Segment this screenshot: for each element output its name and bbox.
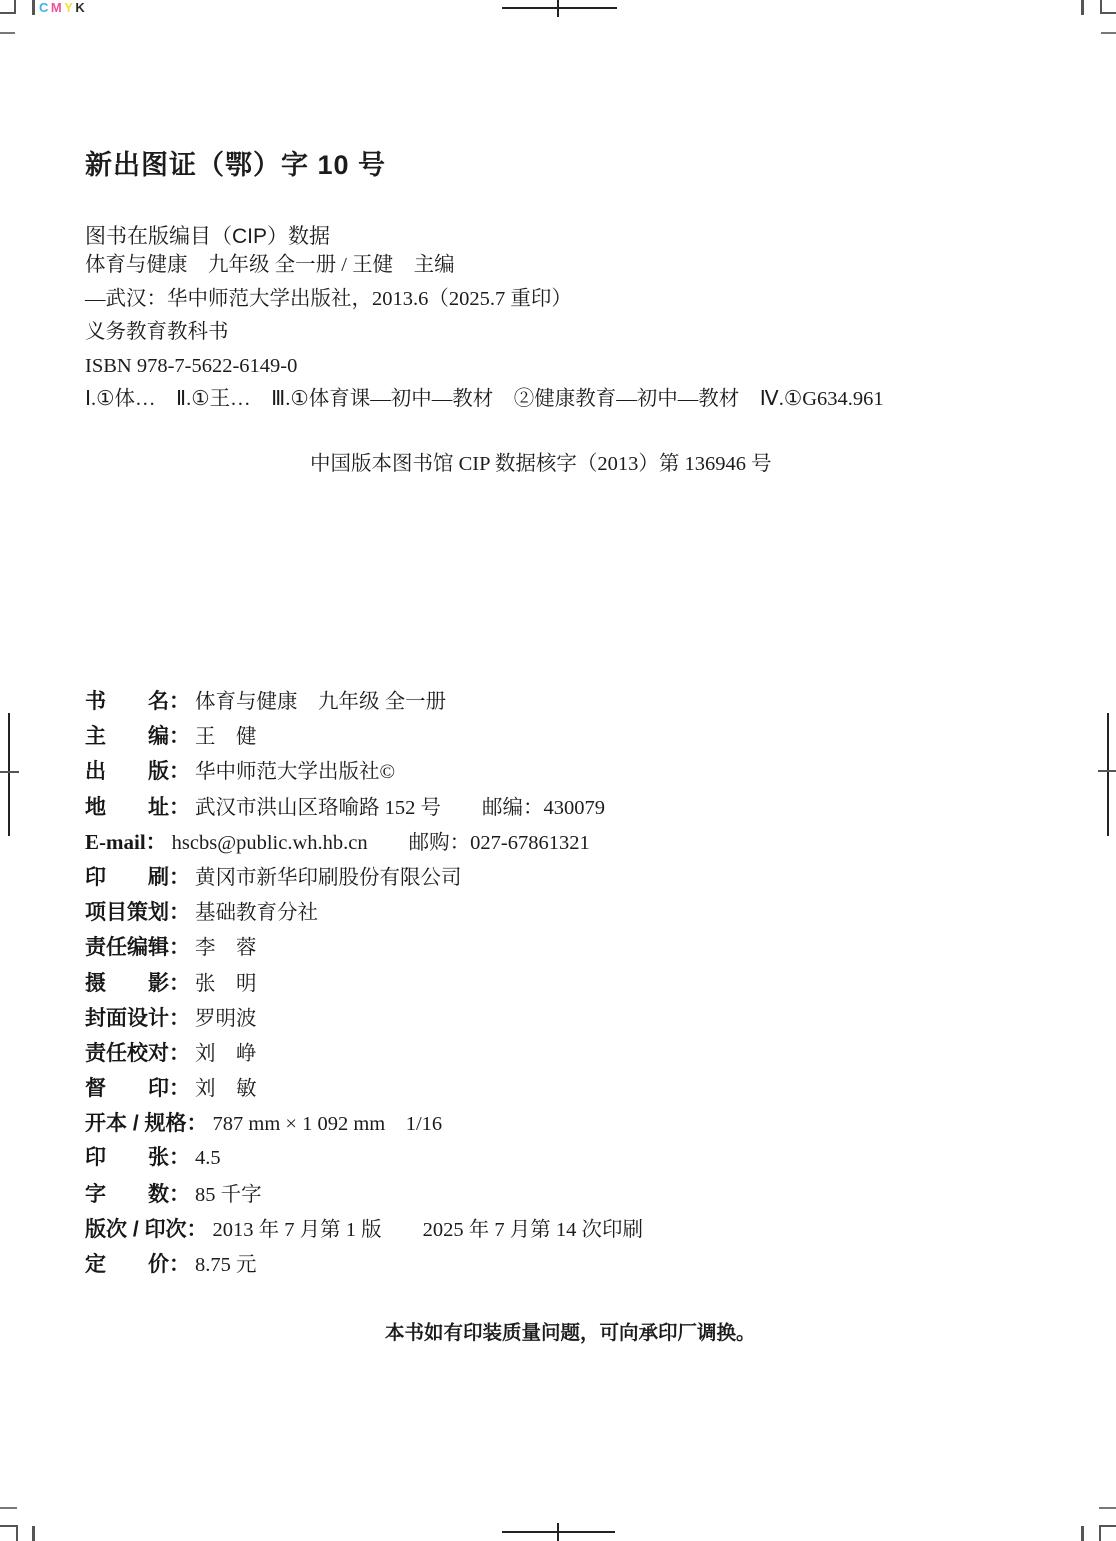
registration-cross-right-vertical	[1107, 713, 1109, 836]
colophon-row: 主 编： 王 健	[85, 719, 643, 754]
crop-mark-top-right-horizontal	[1100, 12, 1116, 14]
registration-cross-bottom-vertical	[557, 1523, 559, 1541]
colophon-row-value: hscbs@public.wh.hb.cn 邮购：027-67861321	[172, 825, 590, 855]
colophon-row: 责任编辑： 李 蓉	[85, 930, 643, 965]
colophon-row: 印 张： 4.5	[85, 1141, 643, 1176]
colophon-row-label: 主 编：	[85, 720, 190, 750]
colophon-row-label: 封面设计：	[85, 1002, 190, 1032]
colophon-list: 书 名： 体育与健康 九年级 全一册 主 编： 王 健 出 版： 华中师范大学出…	[85, 684, 643, 1282]
colophon-row: 开本 / 规格： 787 mm × 1 092 mm 1/16	[85, 1106, 643, 1141]
colophon-row: 封面设计： 罗明波	[85, 1001, 643, 1036]
cip-line: Ⅰ.①体… Ⅱ.①王… Ⅲ.①体育课—初中—教材 ②健康教育—初中—教材 Ⅳ.①…	[85, 383, 884, 417]
cip-data-heading: 图书在版编目（CIP）数据	[85, 220, 330, 250]
colophon-row-value: 罗明波	[195, 1001, 257, 1031]
crop-mark-bottom-right-tick	[1099, 1507, 1116, 1509]
color-bar-bottom-right	[1081, 1526, 1084, 1541]
cip-line: 体育与健康 九年级 全一册 / 王健 主编	[85, 249, 884, 283]
cmyk-letter: Y	[64, 0, 75, 15]
cip-record-number: 中国版本图书馆 CIP 数据核字（2013）第 136946 号	[310, 446, 772, 476]
cip-line: ISBN 978-7-5622-6149-0	[85, 350, 884, 384]
cmyk-color-label: CMYK	[39, 0, 87, 15]
crop-mark-top-left-horizontal	[0, 12, 16, 14]
crop-mark-bottom-left-vertical	[16, 1525, 18, 1541]
crop-mark-top-left-tick	[0, 32, 15, 34]
registration-cross-left-vertical	[8, 713, 10, 836]
registration-cross-left-horizontal	[0, 771, 19, 773]
colophon-row-value: 85 千字	[195, 1177, 262, 1207]
copyright-page: CMYK 新出图证（鄂）字 10 号 图书在版编目（CIP）数据 体育与健康 九…	[0, 0, 1116, 1541]
colophon-row-label: 印 刷：	[85, 861, 190, 891]
colophon-row-value: 4.5	[195, 1147, 221, 1170]
colophon-row-value: 刘 峥	[195, 1036, 257, 1066]
colophon-row-value: 李 蓉	[195, 930, 257, 960]
color-bar-bottom-left	[32, 1526, 35, 1541]
colophon-row-label: 版次 / 印次：	[85, 1213, 208, 1243]
colophon-row-label: 责任编辑：	[85, 931, 190, 961]
color-bar-top-left	[32, 0, 35, 15]
colophon-row: 版次 / 印次： 2013 年 7 月第 1 版 2025 年 7 月第 14 …	[85, 1212, 643, 1247]
colophon-row: E-mail： hscbs@public.wh.hb.cn 邮购：027-678…	[85, 825, 643, 860]
cip-line: 义务教育教科书	[85, 316, 884, 350]
crop-mark-bottom-right-vertical	[1099, 1525, 1101, 1541]
colophon-row-value: 2013 年 7 月第 1 版 2025 年 7 月第 14 次印刷	[213, 1212, 644, 1242]
colophon-row-label: 印 张：	[85, 1141, 190, 1171]
colophon-row-label: 项目策划：	[85, 896, 190, 926]
colophon-row-label: 责任校对：	[85, 1037, 190, 1067]
colophon-row-value: 基础教育分社	[195, 895, 318, 925]
colophon-row-label: 摄 影：	[85, 967, 190, 997]
registration-cross-right-horizontal	[1098, 770, 1116, 772]
crop-mark-bottom-left-horizontal	[0, 1525, 17, 1527]
colophon-row-value: 体育与健康 九年级 全一册	[195, 684, 446, 714]
colophon-row: 督 印： 刘 敏	[85, 1071, 643, 1106]
colophon-row: 摄 影： 张 明	[85, 966, 643, 1001]
colophon-row-label: 定 价：	[85, 1248, 190, 1278]
cip-data-block: 体育与健康 九年级 全一册 / 王健 主编—武汉：华中师范大学出版社，2013.…	[85, 249, 884, 417]
colophon-row: 定 价： 8.75 元	[85, 1247, 643, 1282]
colophon-row: 印 刷： 黄冈市新华印刷股份有限公司	[85, 860, 643, 895]
colophon-row: 字 数： 85 千字	[85, 1177, 643, 1212]
colophon-row-value: 张 明	[195, 966, 257, 996]
colophon-row-value: 武汉市洪山区珞喻路 152 号 邮编：430079	[195, 790, 605, 820]
colophon-row-value: 王 健	[195, 719, 257, 749]
colophon-row-label: 地 址：	[85, 791, 190, 821]
crop-mark-bottom-left-tick	[0, 1507, 17, 1509]
printing-quality-note: 本书如有印装质量问题，可向承印厂调换。	[385, 1317, 756, 1345]
color-bar-top-right	[1081, 0, 1084, 15]
colophon-row: 书 名： 体育与健康 九年级 全一册	[85, 684, 643, 719]
crop-mark-bottom-right-horizontal	[1099, 1525, 1116, 1527]
colophon-row-value: 华中师范大学出版社©	[195, 754, 395, 784]
colophon-row-label: 出 版：	[85, 755, 190, 785]
colophon-row: 项目策划： 基础教育分社	[85, 895, 643, 930]
colophon-row: 出 版： 华中师范大学出版社©	[85, 754, 643, 789]
colophon-row: 地 址： 武汉市洪山区珞喻路 152 号 邮编：430079	[85, 790, 643, 825]
cip-line: —武汉：华中师范大学出版社，2013.6（2025.7 重印）	[85, 283, 884, 317]
colophon-row-value: 黄冈市新华印刷股份有限公司	[195, 860, 462, 890]
cmyk-letter: M	[51, 0, 64, 15]
cmyk-letter: K	[75, 0, 87, 15]
registration-cross-top-vertical	[557, 0, 559, 17]
colophon-row-label: E-mail：	[85, 826, 167, 856]
colophon-row-value: 刘 敏	[195, 1071, 257, 1101]
registration-cross-top-horizontal	[502, 7, 617, 9]
colophon-row-label: 开本 / 规格：	[85, 1107, 208, 1137]
colophon-row-label: 书 名：	[85, 685, 190, 715]
cmyk-letter: C	[39, 0, 51, 15]
crop-mark-top-right-tick	[1101, 32, 1116, 34]
colophon-row-value: 787 mm × 1 092 mm 1/16	[213, 1106, 443, 1136]
publication-license-number: 新出图证（鄂）字 10 号	[85, 143, 386, 182]
colophon-row-label: 字 数：	[85, 1178, 190, 1208]
colophon-row-label: 督 印：	[85, 1072, 190, 1102]
colophon-row: 责任校对： 刘 峥	[85, 1036, 643, 1071]
colophon-row-value: 8.75 元	[195, 1247, 257, 1277]
